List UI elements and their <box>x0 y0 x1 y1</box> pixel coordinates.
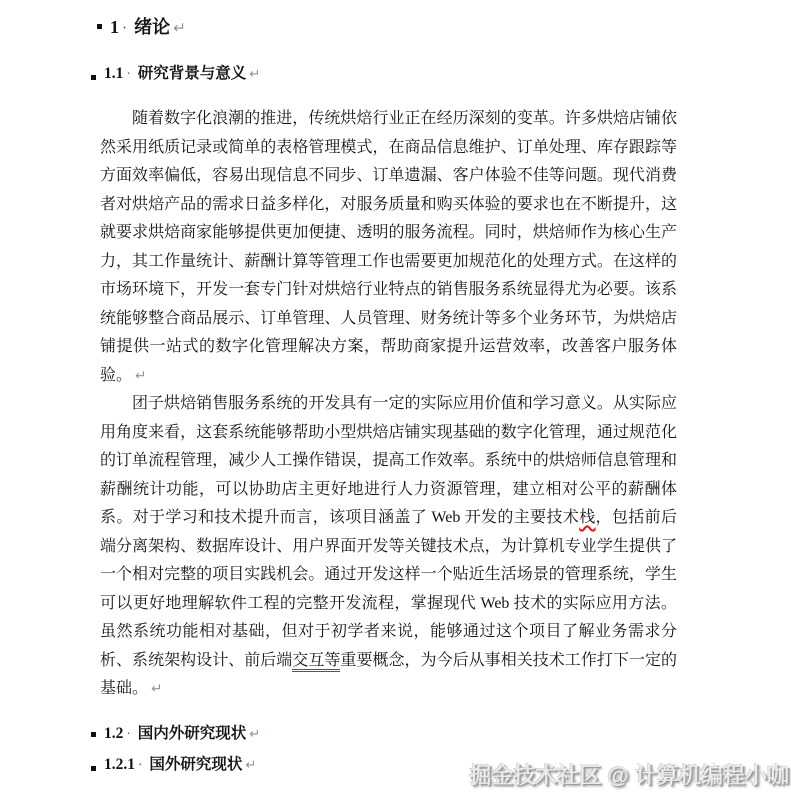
paragraph-mark-icon: ↵ <box>173 19 186 37</box>
space-formatting-mark: · <box>126 66 130 81</box>
document-page: 1·绪论↵ 1.1·研究背景与意义↵ 随着数字化浪潮的推进，传统烘焙行业正在经历… <box>0 0 791 794</box>
paragraph-mark-icon: ↵ <box>249 67 260 82</box>
watermark-text: 掘金技术社区 @ 计算机编程小咖 <box>469 763 789 788</box>
space-formatting-mark: · <box>138 757 142 772</box>
paragraph-text: ，包括前后端分离架构、数据库设计、用户界面开发等关键技术点，为计算机专业学生提供… <box>100 509 677 669</box>
paragraph-mark-icon: ↵ <box>151 681 162 697</box>
paragraph-significance[interactable]: 团子烘焙销售服务系统的开发具有一定的实际应用价值和学习意义。从实际应用角度来看，… <box>100 390 677 704</box>
grammar-underlined-text: 交互等 <box>292 652 340 672</box>
outline-square-icon <box>91 75 96 80</box>
heading-title: 研究背景与意义 <box>138 65 247 82</box>
watermark: 掘金技术社区 @ 计算机编程小咖 <box>469 759 789 790</box>
heading-number: 1.1 <box>104 65 123 82</box>
heading-title: 绪论 <box>134 17 170 37</box>
outline-square-icon <box>97 24 102 29</box>
paragraph-background[interactable]: 随着数字化浪潮的推进，传统烘焙行业正在经历深刻的变革。许多烘焙店铺依然采用纸质记… <box>100 105 677 390</box>
heading-chapter-1[interactable]: 1·绪论↵ <box>110 16 677 40</box>
paragraph-text: 随着数字化浪潮的推进，传统烘焙行业正在经历深刻的变革。许多烘焙店铺依然采用纸质记… <box>100 110 677 384</box>
space-formatting-mark: · <box>126 726 130 741</box>
paragraph-mark-icon: ↵ <box>135 368 146 384</box>
space-formatting-mark: · <box>122 20 127 37</box>
outline-square-icon <box>91 766 96 771</box>
paragraph-mark-icon: ↵ <box>249 727 260 742</box>
paragraph-mark-icon: ↵ <box>245 758 256 773</box>
outline-square-icon <box>91 732 96 737</box>
heading-1-2-research-status[interactable]: 1.2·国内外研究现状↵ <box>104 724 677 745</box>
paragraph-text: 团子烘焙销售服务系统的开发具有一定的实际应用价值和学习意义。从实际应用角度来看，… <box>100 395 677 526</box>
heading-number: 1 <box>110 17 119 37</box>
heading-title: 国外研究现状 <box>149 756 242 773</box>
heading-1-1-background[interactable]: 1.1·研究背景与意义↵ <box>104 64 677 85</box>
heading-title: 国内外研究现状 <box>138 725 247 742</box>
heading-number: 1.2.1 <box>104 756 135 773</box>
spellcheck-underlined-text: 栈 <box>579 509 595 526</box>
heading-number: 1.2 <box>104 725 123 742</box>
